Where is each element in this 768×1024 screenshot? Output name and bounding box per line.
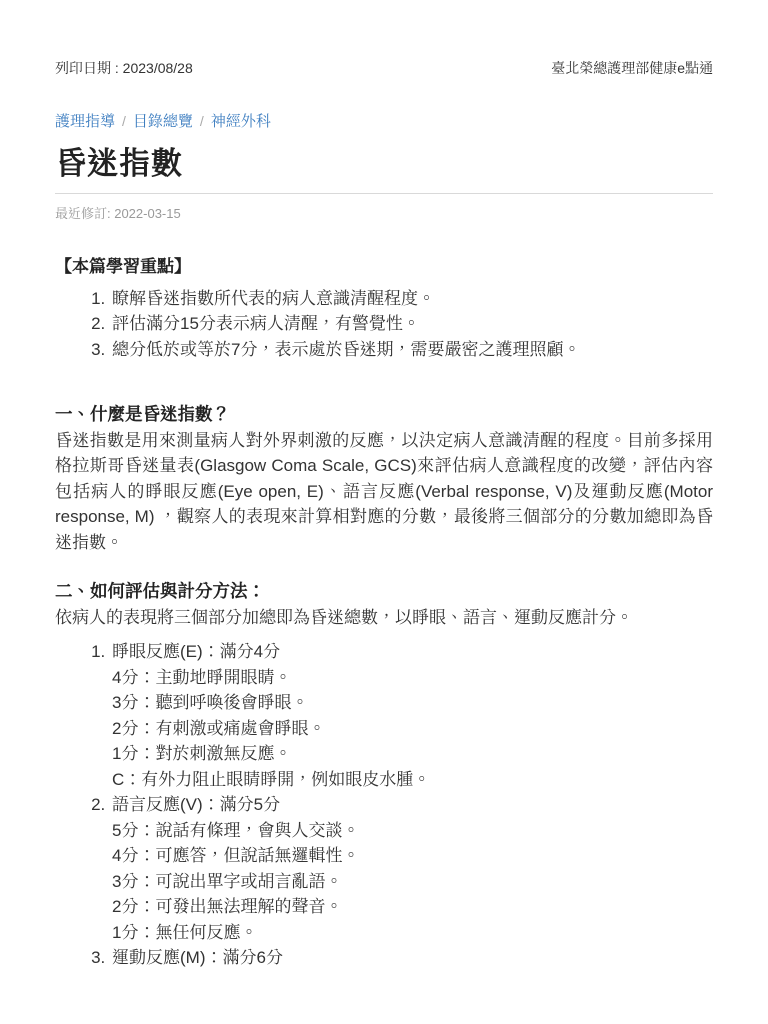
breadcrumb-link-neurosurgery[interactable]: 神經外科 <box>211 113 271 130</box>
highlight-item: 評估滿分15分表示病人清醒，有警覺性。 <box>110 311 713 337</box>
section1-heading: 一、什麼是昏迷指數？ <box>55 402 713 428</box>
breadcrumb-separator: / <box>200 113 204 129</box>
score-item-motor: 運動反應(M)：滿分6分 <box>110 945 713 971</box>
breadcrumb-link-nursing-guidance[interactable]: 護理指導 <box>55 113 115 130</box>
print-meta-row: 列印日期 : 2023/08/28 臺北榮總護理部健康e點通 <box>55 58 713 78</box>
page-title: 昏迷指數 <box>55 146 713 182</box>
print-date: 列印日期 : 2023/08/28 <box>55 58 193 78</box>
score-item-title: 睜眼反應(E)：滿分4分 <box>112 639 713 665</box>
section2-heading: 二、如何評估與計分方法： <box>55 579 713 605</box>
title-divider <box>55 193 713 194</box>
score-item-verbal: 語言反應(V)：滿分5分 5分：說話有條理，會與人交談。 4分：可應答，但說話無… <box>110 792 713 945</box>
score-line: 3分：聽到呼喚後會睜眼。 <box>112 690 713 716</box>
score-line: 5分：說話有條理，會與人交談。 <box>112 818 713 844</box>
score-item-eye: 睜眼反應(E)：滿分4分 4分：主動地睜開眼睛。 3分：聽到呼喚後會睜眼。 2分… <box>110 639 713 792</box>
score-item-title: 語言反應(V)：滿分5分 <box>112 792 713 818</box>
section2-intro: 依病人的表現將三個部分加總即為昏迷總數，以睜眼、語言、運動反應計分。 <box>55 605 713 631</box>
last-revised-date: 最近修訂: 2022-03-15 <box>55 203 713 222</box>
score-line: 2分：可發出無法理解的聲音。 <box>112 894 713 920</box>
score-line: 1分：無任何反應。 <box>112 920 713 946</box>
score-line: 3分：可說出單字或胡言亂語。 <box>112 869 713 895</box>
breadcrumb-link-catalog-overview[interactable]: 目錄總覽 <box>133 113 193 130</box>
score-line: C：有外力阻止眼睛睜開，例如眼皮水腫。 <box>112 767 713 793</box>
score-item-title: 運動反應(M)：滿分6分 <box>112 945 713 971</box>
score-line: 2分：有刺激或痛處會睜眼。 <box>112 716 713 742</box>
document-page: 列印日期 : 2023/08/28 臺北榮總護理部健康e點通 護理指導/目錄總覽… <box>0 0 768 1024</box>
highlight-item: 總分低於或等於7分，表示處於昏迷期，需要嚴密之護理照顧。 <box>110 337 713 363</box>
highlights-heading: 【本篇學習重點】 <box>55 252 713 277</box>
score-line: 4分：可應答，但說話無邏輯性。 <box>112 843 713 869</box>
breadcrumb: 護理指導/目錄總覽/神經外科 <box>55 110 713 131</box>
highlights-list: 瞭解昏迷指數所代表的病人意識清醒程度。 評估滿分15分表示病人清醒，有警覺性。 … <box>55 286 713 363</box>
site-name: 臺北榮總護理部健康e點通 <box>551 58 713 78</box>
score-line: 1分：對於刺激無反應。 <box>112 741 713 767</box>
scoring-list: 睜眼反應(E)：滿分4分 4分：主動地睜開眼睛。 3分：聽到呼喚後會睜眼。 2分… <box>55 639 713 971</box>
highlight-item: 瞭解昏迷指數所代表的病人意識清醒程度。 <box>110 286 713 312</box>
breadcrumb-separator: / <box>122 113 126 129</box>
score-line: 4分：主動地睜開眼睛。 <box>112 665 713 691</box>
section1-body: 昏迷指數是用來測量病人對外界刺激的反應，以決定病人意識清醒的程度。目前多採用格拉… <box>55 428 713 556</box>
